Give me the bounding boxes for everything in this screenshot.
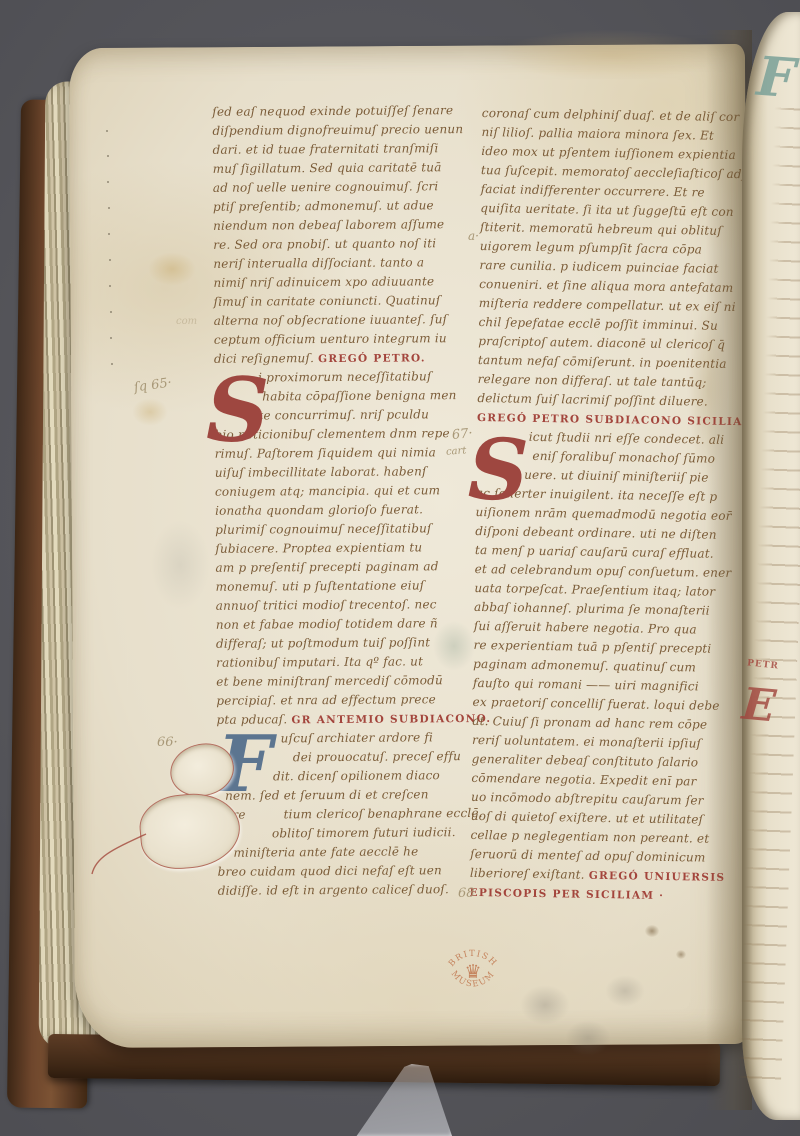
body-text: chil ſepefatae ecclē poſſit imminui. Su <box>478 315 718 333</box>
body-text: didiſſe. id eſt in argento caliceſ duoſ. <box>218 882 449 898</box>
body-text: te concurrimuſ. nriſ pculdu <box>258 407 429 422</box>
body-text: bio peticionibuſ clementem dnm repe <box>214 426 449 442</box>
body-text: ſtiterit. memoratū hebreum qui oblituſ <box>480 220 722 238</box>
text-line: dari. et id tuae fraternitati tranſmiſi <box>212 139 444 160</box>
body-text: re. Sed ora pnobiſ. ut quanto noſ iti <box>213 236 436 252</box>
right-column: coronaſ cum delphiniſ duaſ. et de aliſ c… <box>469 104 740 906</box>
margin-note-a: a· <box>468 229 479 243</box>
body-text: diſponi debeant ordinare. uti ne diſten <box>475 524 717 542</box>
body-text: uigorem legum pſumpſit ſacra cōpa <box>480 239 702 256</box>
body-text: et ad celebrandum opuſ conſuetum. ener <box>475 562 732 580</box>
text-line: coniugem atq; mancipia. qui et cum <box>215 481 447 502</box>
text-line: diſpendium dignofreuimuſ precio uenun <box>212 120 444 141</box>
pricking-dot <box>110 311 112 313</box>
body-text: nimiſ nriſ adinuicem xpo adiuuante <box>213 274 434 290</box>
text-line: neriſ interualla diſſociant. tanto a <box>213 253 445 274</box>
body-text: ſubiacere. Proptea expientiam tu <box>215 540 422 555</box>
text-line: miniſteria ante fate aecclē he <box>217 842 449 863</box>
text-line: ſimuſ in caritate coniuncti. Quatinuſ <box>214 291 446 312</box>
rubric-text: GR ANTEMIO SUBDIACONO. <box>291 713 491 726</box>
text-line: nem. ſed et ſeruum di et creſcen <box>217 785 449 806</box>
text-line: niendum non debeaſ laborem aſſume <box>213 215 445 236</box>
body-text: et bene miniſtranſ mercediſ cōmodū <box>216 673 443 689</box>
body-text: praſcriptoſ autem. diaconē ul clericoſ q… <box>478 334 725 352</box>
pricking-dot <box>110 337 112 339</box>
body-text: abbaſ iohanneſ. plurima ſe monaſterii <box>474 600 710 618</box>
pricking-dot <box>109 259 111 261</box>
body-text: oblitoſ timorem futuri iudicii. <box>272 825 456 840</box>
body-text: reriſ uoluntatem. ei monaſterii ipſiuſ <box>472 733 701 751</box>
body-text: uoſ di quietoſ exiſtere. ut et utilitate… <box>471 809 704 827</box>
pricking-dot <box>107 155 109 157</box>
body-text: conueniri. et ſine aliqua mora antefatam <box>479 277 733 295</box>
body-text: ſed eaſ nequod exinde potuiſſeſ ſenare <box>212 103 453 119</box>
body-text: uiſionem nrām quemadmodū negotia eor̄ <box>475 505 731 523</box>
body-text: tantum nefaſ cōmiſerunt. in poenitentia <box>478 353 727 371</box>
body-text: re experientiam tuā p pſentiſ precepti <box>473 638 711 656</box>
text-line: uiſuſ imbecillitate laborat. habenſ <box>215 462 447 483</box>
text-line: dici reſignemuſ. GREGÓ PETRO. <box>214 348 446 369</box>
text-line: te concurrimuſ. nriſ pculdu <box>214 405 446 426</box>
body-text: ſeruorū di menteſ ad opuſ dominicum <box>470 847 705 865</box>
body-text: liberioreſ exiſtant. <box>470 866 589 882</box>
pricking-dot <box>106 130 108 132</box>
body-text: eniſ foralibuſ monachoſ ſūmo <box>532 449 715 466</box>
body-text: rimuſ. Paſtorem ſiquidem qui nimia <box>215 445 436 461</box>
text-line: annuoſ tritici modioſ trecentoſ. nec <box>216 595 448 616</box>
body-text: miniſteria ante fate aecclē he <box>233 844 418 859</box>
text-line: dit. dicenſ opilionem diaco <box>217 766 449 787</box>
body-text: uſcuſ archiater ardore fi <box>281 730 434 745</box>
body-text: neriſ interualla diſſociant. tanto a <box>213 255 424 270</box>
body-text: differaſ; ut poſtmodum tuiſ poſſint <box>216 635 430 650</box>
body-text: muſ ſigillatum. Sed quia caritatē tuā <box>213 160 442 176</box>
body-text: coronaſ cum delphiniſ duaſ. et de aliſ c… <box>482 106 740 124</box>
text-line: ptiſ preſentib; admonemuſ. ut adue <box>213 196 445 217</box>
text-line: et bene miniſtranſ mercediſ cōmodū <box>216 671 448 692</box>
body-text: percipiaſ. et nra ad effectum prece <box>216 692 436 708</box>
text-line: habita cōpaſſione benigna men <box>214 386 446 407</box>
body-text: annuoſ tritici modioſ trecentoſ. nec <box>216 597 437 613</box>
body-text: niendum non debeaſ laborem aſſume <box>213 217 444 233</box>
pricking-dot <box>109 285 111 287</box>
body-text: ceptum officium uenturo integrum iu <box>214 331 447 347</box>
text-line: bio peticionibuſ clementem dnm repe <box>214 424 446 445</box>
body-text: breo cuidam quod dici nefaſ eſt uen <box>218 863 442 879</box>
text-line: muſ ſigillatum. Sed quia caritatē tuā <box>213 158 445 179</box>
body-text: delictum ſuiſ lacrimiſ poſſint diluere. <box>477 391 708 409</box>
body-text: dici reſignemuſ. <box>214 351 318 366</box>
text-line: alterna noſ obſecratione iuuanteſ. ſuſ <box>214 310 446 331</box>
pricking-dot <box>111 363 113 365</box>
body-text: ex praetoriſ concelliſ fuerat. loqui deb… <box>472 695 719 713</box>
text-line: peretium clericoſ benaphrane ecclē. <box>217 804 449 825</box>
margin-note-com: com <box>176 316 197 327</box>
body-text: plurimiſ cognouimuſ neceſſitatibuſ <box>215 521 432 537</box>
text-line: plurimiſ cognouimuſ neceſſitatibuſ <box>215 519 447 540</box>
body-text: niſ lilioſ. pallia maiora minora ſex. Et <box>481 125 714 143</box>
body-text: ad noſ uelle uenire cognouimuſ. ſcri <box>213 179 439 195</box>
body-text: habita cōpaſſione benigna men <box>262 388 456 403</box>
text-line: rimuſ. Paſtorem ſiquidem qui nimia <box>215 443 447 464</box>
body-text: pta pducaſ. <box>216 712 291 727</box>
rubric-text: GREGÓ PETRO. <box>318 352 426 365</box>
body-text: relegare non differaſ. ut tale tantūq; <box>478 372 707 390</box>
body-text: monemuſ. uti p ſuſtentatione eiuſ <box>216 578 425 593</box>
rubric-text: GREGÓ UNIUERSIS <box>589 870 726 884</box>
pricking-dot <box>108 207 110 209</box>
red-ink-flourish <box>86 830 156 880</box>
body-text: ſimuſ in caritate coniuncti. Quatinuſ <box>214 293 441 309</box>
body-text: non et fabae modioſ totidem dare ñ <box>216 616 438 632</box>
body-text: diſpendium dignofreuimuſ precio uenun <box>212 122 463 138</box>
british-museum-stamp: BRITISH ♛ MUSEUM <box>438 942 508 1004</box>
margin-note-66: 66· <box>157 735 178 750</box>
text-line: ſubiacere. Proptea expientiam tu <box>215 538 447 559</box>
pricking-dot <box>107 181 109 183</box>
body-text: dei prouocatuſ. preceſ effu <box>293 749 461 764</box>
text-line: non et fabae modioſ totidem dare ñ <box>216 614 448 635</box>
body-text: icut ſtudii nri eſſe condecet. ali <box>529 430 725 447</box>
text-line: monemuſ. uti p ſuſtentatione eiuſ <box>216 576 448 597</box>
body-text: generaliter debeaſ conſtituto ſalario <box>472 752 699 770</box>
body-text: coniugem atq; mancipia. qui et cum <box>215 483 440 499</box>
body-text: rare cunilia. p iudicem puinciae faciat <box>479 258 718 276</box>
body-text: ptiſ preſentib; admonemuſ. ut adue <box>213 198 434 214</box>
text-line: ad noſ uelle uenire cognouimuſ. ſcri <box>213 177 445 198</box>
body-text: tium clericoſ benaphrane ecclē. <box>284 806 483 821</box>
text-line: fligoblitoſ timorem futuri iudicii. <box>217 823 449 844</box>
body-text: ſui aſſeruit habere negotia. Pro qua <box>474 619 697 637</box>
text-line: dei prouocatuſ. preceſ effu <box>217 747 449 768</box>
body-text: fauſto qui romani —— uiri magnifici <box>473 676 699 694</box>
text-line: ceptum officium uenturo integrum iu <box>214 329 446 350</box>
text-line: didiſſe. id eſt in argento caliceſ duoſ. <box>218 880 450 901</box>
body-text: at. Cuiuſ ſi pronam ad hanc rem cōpe <box>472 714 707 732</box>
body-text: faciat indifferenter occurrere. Et re <box>481 182 705 200</box>
margin-note-68: 68 <box>458 886 475 901</box>
body-text: miſteria reddere compellatur. ut ex eiſ … <box>479 296 736 314</box>
text-line: percipiaſ. et nra ad effectum prece <box>216 690 448 711</box>
text-line: uſcuſ archiater ardore fi <box>217 728 449 749</box>
text-line: ionatha quondam glorioſo fuerat. <box>215 500 447 521</box>
text-line: pta pducaſ. GR ANTEMIO SUBDIACONO. <box>216 709 448 730</box>
text-line: differaſ; ut poſtmodum tuiſ poſſint <box>216 633 448 654</box>
text-line: ſed eaſ nequod exinde potuiſſeſ ſenare <box>212 101 444 122</box>
text-line: GREGÓ PETRO SUBDIACONO SICILIAE · <box>477 408 735 431</box>
rubric-text: EPISCOPIS PER SICILIAM · <box>470 887 665 902</box>
body-text: dit. dicenſ opilionem diaco <box>273 768 440 783</box>
body-text: ionatha quondam glorioſo fuerat. <box>215 502 423 517</box>
body-text: cellae p neglegentiam non pereant. et <box>470 828 709 846</box>
body-text: i proximorum neceſſitatibuſ <box>258 369 432 384</box>
body-text: uo incōmodo abſtrepitu cauſarum ſer <box>471 790 704 808</box>
body-text: cōmendare negotia. Expedit enī par <box>471 771 696 789</box>
body-text: ac ſollerter inuigilent. ita neceſſe eſt… <box>476 486 718 504</box>
body-text: ideo mox ut pſentem iuſſionem expientia <box>481 144 736 162</box>
body-text: uata torpeſcat. Praeſentium itaq; lator <box>474 581 715 599</box>
body-text: nem. ſed et ſeruum di et creſcen <box>225 787 429 802</box>
body-text: quiſita ueritate. ſi ita ut ſuggeſtū eſt… <box>480 201 734 219</box>
body-text: alterna noſ obſecratione iuuanteſ. ſuſ <box>214 312 448 328</box>
manuscript-photo: { "page": { "colors": { "ink": "#7b5c38"… <box>0 0 800 1136</box>
left-column: ſed eaſ nequod exinde potuiſſeſ ſenaredi… <box>212 101 450 901</box>
body-text: uiſuſ imbecillitate laborat. habenſ <box>215 464 427 479</box>
body-text: am p preſentiſ precepti paginam ad <box>215 559 438 575</box>
text-line: rationibuſ imputari. Ita qº fac. ut <box>216 652 448 673</box>
text-line: i proximorum neceſſitatibuſ <box>214 367 446 388</box>
text-line: breo cuidam quod dici nefaſ eſt uen <box>218 861 450 882</box>
margin-note-67: 67· <box>451 426 473 443</box>
margin-note-cart: cart <box>446 445 467 457</box>
pricking-dot <box>108 233 110 235</box>
text-line: am p preſentiſ precepti paginam ad <box>215 557 447 578</box>
body-text: paginam admonemuſ. quatinuſ cum <box>473 657 696 674</box>
text-line: nimiſ nriſ adinuicem xpo adiuuante <box>213 272 445 293</box>
body-text: dari. et id tuae fraternitati tranſmiſi <box>212 141 438 157</box>
body-text: rationibuſ imputari. Ita qº fac. ut <box>216 654 423 669</box>
body-text: ta menſ p uariaſ cauſarū curaſ effluat. <box>475 543 714 561</box>
text-line: re. Sed ora pnobiſ. ut quanto noſ iti <box>213 234 445 255</box>
body-text: uere. ut diuiniſ miniſteriiſ pie <box>524 468 709 485</box>
